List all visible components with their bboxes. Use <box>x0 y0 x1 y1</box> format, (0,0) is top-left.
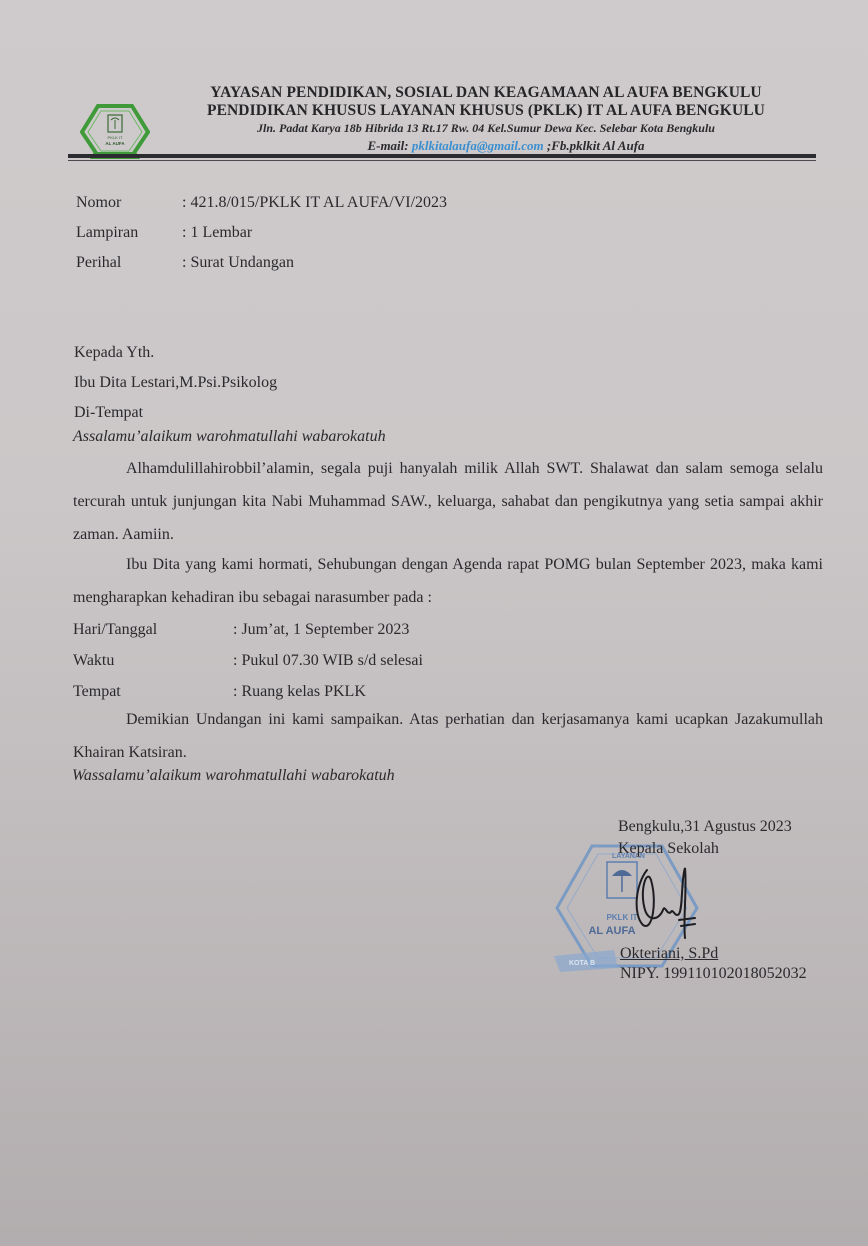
meta-value: : Surat Undangan <box>182 248 294 278</box>
recipient-greeting: Kepada Yth. <box>74 338 277 368</box>
signer-nip: NIPY. 199110102018052032 <box>620 965 807 983</box>
recipient-name: Ibu Dita Lestari,M.Psi.Psikolog <box>74 368 277 398</box>
email-label: E-mail: <box>367 138 411 153</box>
signer-position: Kepala Sekolah <box>618 838 792 860</box>
meta-value: : 1 Lembar <box>182 218 252 248</box>
opening-salam: Assalamu’alaikum warohmatullahi wabaroka… <box>73 428 386 446</box>
paragraph-invitation: Ibu Dita yang kami hormati, Sehubungan d… <box>73 548 823 614</box>
event-details: Hari/Tanggal : Jum’at, 1 September 2023 … <box>73 614 423 707</box>
paragraph-opening: Alhamdulillahirobbil’alamin, segala puji… <box>73 452 823 551</box>
svg-text:PKLK IT: PKLK IT <box>108 135 123 140</box>
detail-label: Waktu <box>73 645 233 676</box>
signature-block: Bengkulu,31 Agustus 2023 Kepala Sekolah <box>618 816 792 860</box>
school-contact: E-mail: pklkitalaufa@gmail.com ;Fb.pklki… <box>196 137 816 154</box>
detail-value: : Pukul 07.30 WIB s/d selesai <box>233 645 423 676</box>
detail-row-time: Waktu : Pukul 07.30 WIB s/d selesai <box>73 645 423 676</box>
meta-value: : 421.8/015/PKLK IT AL AUFA/VI/2023 <box>182 188 447 218</box>
email-link[interactable]: pklkitalaufa@gmail.com <box>412 138 544 153</box>
detail-row-date: Hari/Tanggal : Jum’at, 1 September 2023 <box>73 614 423 645</box>
meta-row-nomor: Nomor : 421.8/015/PKLK IT AL AUFA/VI/202… <box>76 188 447 218</box>
letter-meta: Nomor : 421.8/015/PKLK IT AL AUFA/VI/202… <box>76 188 447 278</box>
foundation-name: YAYASAN PENDIDIKAN, SOSIAL DAN KEAGAMAAN… <box>156 84 816 102</box>
signer-name: Okteriani, S.Pd <box>620 945 718 963</box>
meta-label: Lampiran <box>76 218 182 248</box>
meta-label: Nomor <box>76 188 182 218</box>
letterhead: PKLK IT AL AUFA YAYASAN PENDIDIKAN, SOSI… <box>78 84 818 164</box>
school-name: PENDIDIKAN KHUSUS LAYANAN KHUSUS (PKLK) … <box>156 102 816 120</box>
svg-text:AL AUFA: AL AUFA <box>105 141 125 146</box>
paragraph-closing: Demikian Undangan ini kami sampaikan. At… <box>73 703 823 769</box>
handwritten-signature-icon <box>625 860 700 940</box>
letterhead-divider-thin <box>68 160 816 161</box>
recipient-block: Kepada Yth. Ibu Dita Lestari,M.Psi.Psiko… <box>74 338 277 428</box>
letterhead-divider-thick <box>68 154 816 158</box>
detail-value: : Jum’at, 1 September 2023 <box>233 614 409 645</box>
meta-row-lampiran: Lampiran : 1 Lembar <box>76 218 447 248</box>
meta-row-perihal: Perihal : Surat Undangan <box>76 248 447 278</box>
school-address: Jln. Padat Karya 18b Hibrida 13 Rt.17 Rw… <box>156 120 816 137</box>
meta-label: Perihal <box>76 248 182 278</box>
signing-place-date: Bengkulu,31 Agustus 2023 <box>618 816 792 838</box>
letter-page: PKLK IT AL AUFA YAYASAN PENDIDIKAN, SOSI… <box>0 0 868 1246</box>
school-logo-hexagon-icon: PKLK IT AL AUFA <box>80 102 150 162</box>
facebook-text: ;Fb.pklkit Al Aufa <box>544 138 645 153</box>
recipient-place: Di-Tempat <box>74 398 277 428</box>
closing-salam: Wassalamu’alaikum warohmatullahi wabarok… <box>72 767 395 785</box>
svg-text:KOTA B: KOTA B <box>569 960 595 967</box>
detail-label: Hari/Tanggal <box>73 614 233 645</box>
